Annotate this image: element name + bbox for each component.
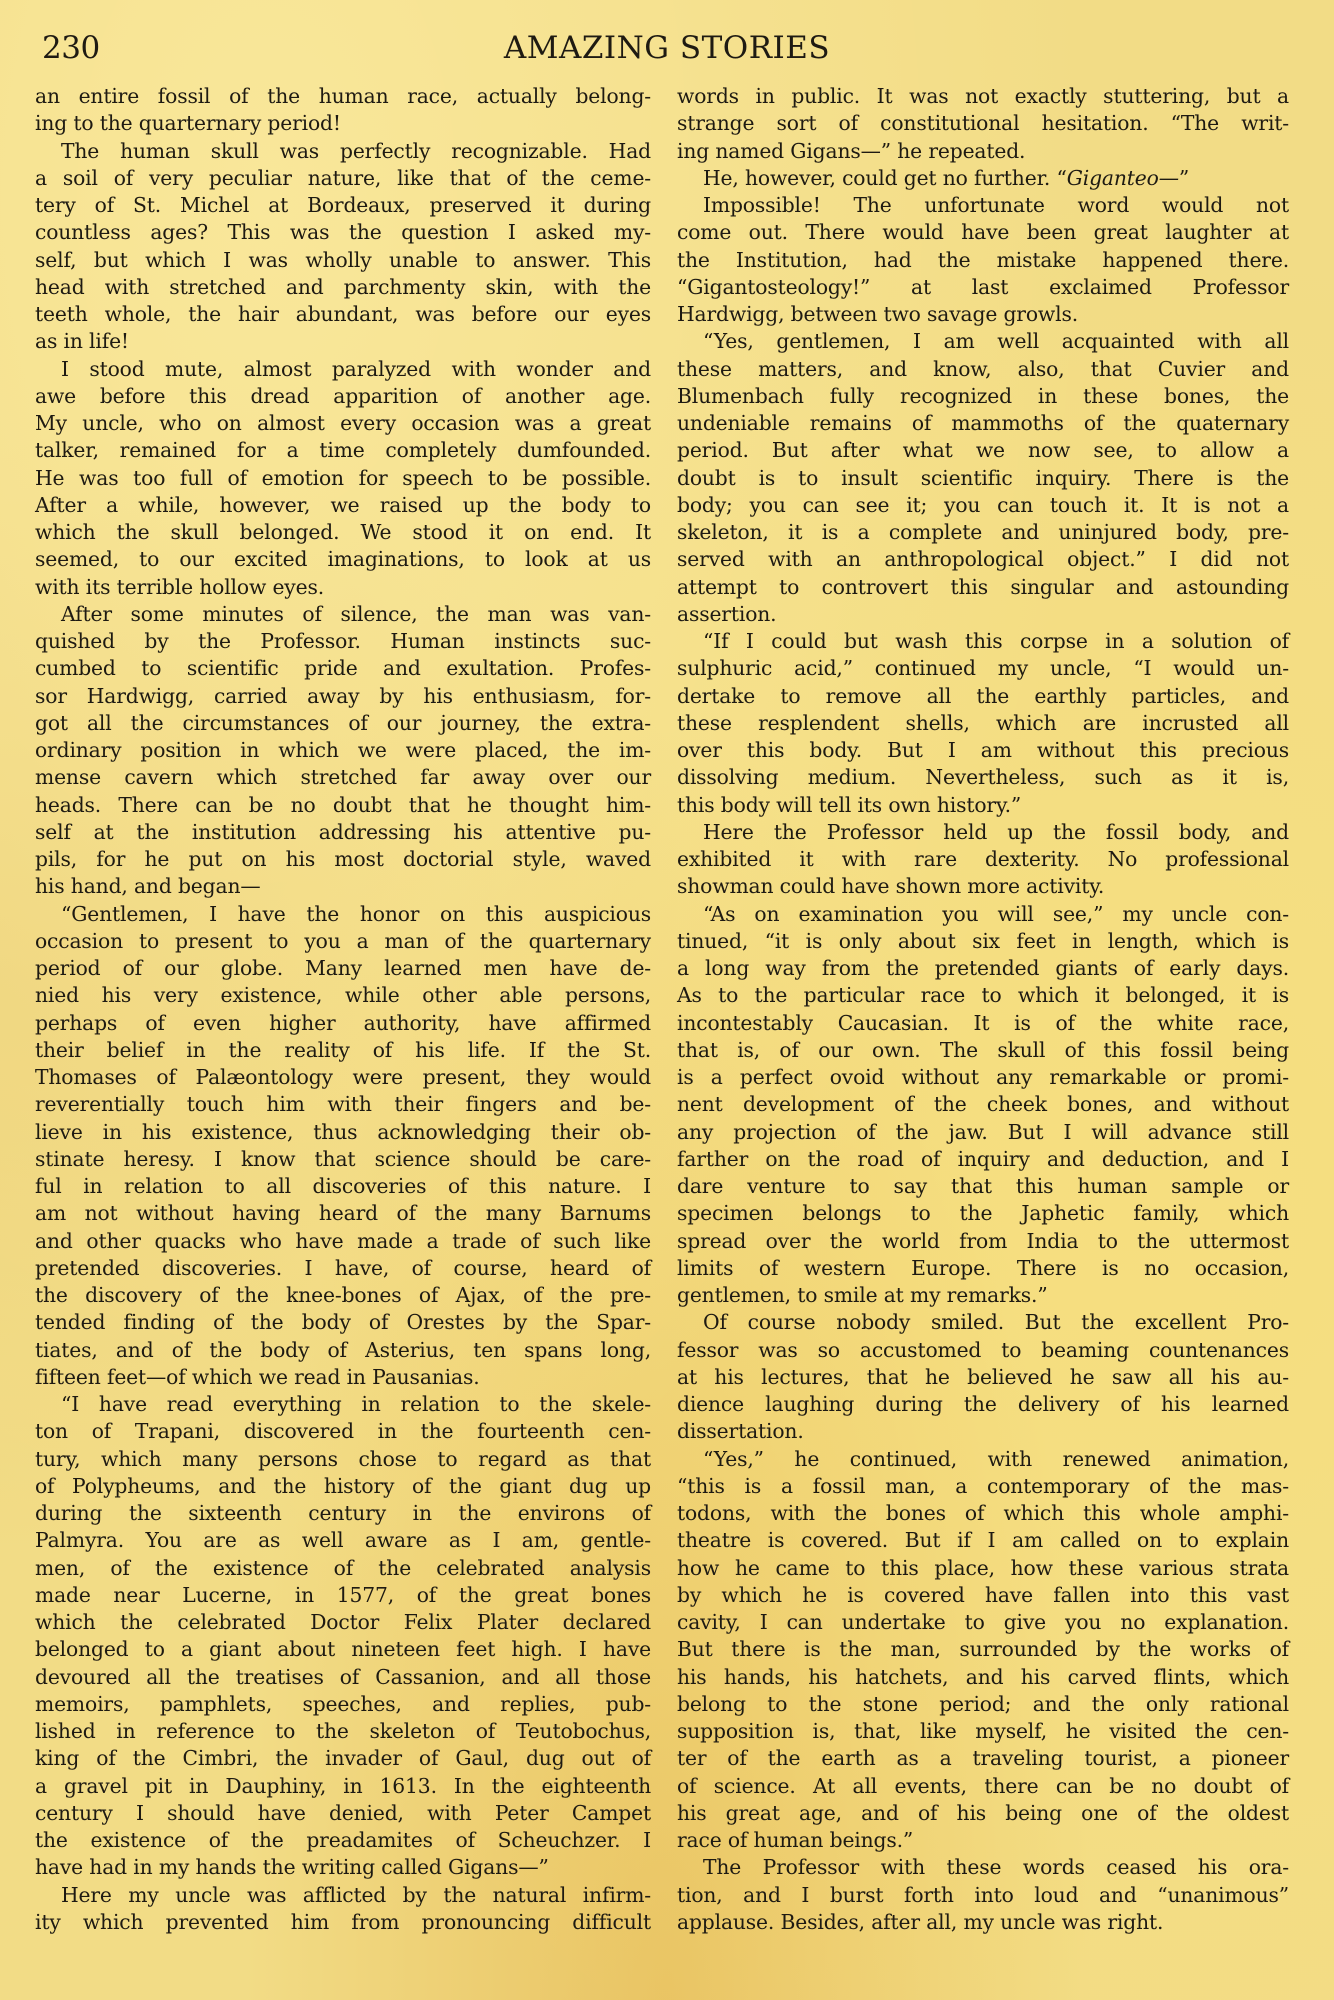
text-line: lieve in his existence, thus acknowledgi… xyxy=(35,1119,651,1146)
text-line: ful in relation to all discoveries of th… xyxy=(35,1173,651,1200)
text-line: century I should have denied, with Peter… xyxy=(35,1800,651,1827)
text-line: belonged to a giant about nineteen feet … xyxy=(35,1636,651,1663)
text-line: by which he is covered have fallen into … xyxy=(677,1582,1289,1609)
text-line: cavity, I can undertake to give you no e… xyxy=(677,1609,1289,1636)
text-line: these resplendent shells, which are incr… xyxy=(677,710,1289,737)
text-line: stinate heresy. I know that science shou… xyxy=(35,1146,651,1173)
text-line: ing to the quarternary period! xyxy=(35,110,651,137)
text-line: Here the Professor held up the fossil bo… xyxy=(677,819,1289,846)
text-line: a gravel pit in Dauphiny, in 1613. In th… xyxy=(35,1773,651,1800)
text-line: After a while, however, we raised up the… xyxy=(35,492,651,519)
text-line: farther on the road of inquiry and deduc… xyxy=(677,1146,1289,1173)
paragraph: Of course nobody smiled. But the excelle… xyxy=(677,1309,1289,1445)
text-line: with its terrible hollow eyes. xyxy=(35,574,651,601)
text-line: dissertation. xyxy=(677,1418,1289,1445)
text-line: occasion to present to you a man of the … xyxy=(35,928,651,955)
text-line: nent development of the cheek bones, and… xyxy=(677,1091,1289,1118)
text-line: have had in my hands the writing called … xyxy=(35,1854,651,1881)
text-line: gentlemen, to smile at my remarks.” xyxy=(677,1282,1289,1309)
paragraph: The human skull was perfectly recognizab… xyxy=(35,138,651,356)
text-line: words in public. It was not exactly stut… xyxy=(677,83,1289,110)
text-line: supposition is, that, like myself, he vi… xyxy=(677,1718,1289,1745)
text-line: the Institution, had the mistake happene… xyxy=(677,247,1289,274)
text-line: I stood mute, almost paralyzed with wond… xyxy=(35,356,651,383)
text-line: strange sort of constitutional hesitatio… xyxy=(677,110,1289,137)
text-line: nied his very existence, while other abl… xyxy=(35,982,651,1009)
text-line: at his lectures, that he believed he saw… xyxy=(677,1364,1289,1391)
text-line: skeleton, it is a complete and uninjured… xyxy=(677,519,1289,546)
text-line: his hand, and began— xyxy=(35,873,651,900)
text-line: ton of Trapani, discovered in the fourte… xyxy=(35,1418,651,1445)
text-line: assertion. xyxy=(677,601,1289,628)
paragraph: I stood mute, almost paralyzed with wond… xyxy=(35,356,651,601)
text-line: incontestably Caucasian. It is of the wh… xyxy=(677,1010,1289,1037)
text-line: self, but which I was wholly unable to a… xyxy=(35,247,651,274)
text-line: tury, which many persons chose to regard… xyxy=(35,1446,651,1473)
left-column: an entire fossil of the human race, actu… xyxy=(35,83,651,1936)
text-line: body; you can see it; you can touch it. … xyxy=(677,492,1289,519)
paragraph: “Yes, gentlemen, I am well acquainted wi… xyxy=(677,328,1289,628)
text-line: ity which prevented him from pronouncing… xyxy=(35,1909,651,1936)
text-line: ordinary position in which we were place… xyxy=(35,737,651,764)
text-line: spread over the world from India to the … xyxy=(677,1228,1289,1255)
paragraph: He, however, could get no further. “Giga… xyxy=(677,165,1289,192)
text-line: pils, for he put on his most doctorial s… xyxy=(35,846,651,873)
paragraph: The Professor with these words ceased hi… xyxy=(677,1854,1289,1936)
text-line: fessor was so accustomed to beaming coun… xyxy=(677,1337,1289,1364)
text-line: seemed, to our excited imaginations, to … xyxy=(35,546,651,573)
text-line: dissolving medium. Nevertheless, such as… xyxy=(677,764,1289,791)
text-line: come out. There would have been great la… xyxy=(677,219,1289,246)
paragraph: “Yes,” he continued, with renewed animat… xyxy=(677,1446,1289,1855)
text-line: reverentially touch him with their finge… xyxy=(35,1091,651,1118)
text-line: After some minutes of silence, the man w… xyxy=(35,601,651,628)
text-line: ter of the earth as a traveling tourist,… xyxy=(677,1745,1289,1772)
text-line: mense cavern which stretched far away ov… xyxy=(35,764,651,791)
text-line: his great age, and of his being one of t… xyxy=(677,1800,1289,1827)
text-line: doubt is to insult scientific inquiry. T… xyxy=(677,465,1289,492)
paragraph: Here the Professor held up the fossil bo… xyxy=(677,819,1289,901)
text-line: which the skull belonged. We stood it on… xyxy=(35,519,651,546)
text-line: The Professor with these words ceased hi… xyxy=(677,1854,1289,1881)
text-line: undeniable remains of mammoths of the qu… xyxy=(677,410,1289,437)
text-line: limits of western Europe. There is no oc… xyxy=(677,1255,1289,1282)
text-line: awe before this dread apparition of anot… xyxy=(35,383,651,410)
paragraph: Impossible! The unfortunate word would n… xyxy=(677,192,1289,328)
text-line: My uncle, who on almost every occasion w… xyxy=(35,410,651,437)
text-line: and other quacks who have made a trade o… xyxy=(35,1228,651,1255)
text-line: Thomases of Palæontology were present, t… xyxy=(35,1064,651,1091)
paragraph: Here my uncle was afflicted by the natur… xyxy=(35,1882,651,1937)
text-line: Of course nobody smiled. But the excelle… xyxy=(677,1309,1289,1336)
text-line: devoured all the treatises of Cassanion,… xyxy=(35,1664,651,1691)
paragraph: “I have read everything in relation to t… xyxy=(35,1391,651,1882)
text-line: “Yes, gentlemen, I am well acquainted wi… xyxy=(677,328,1289,355)
text-line: got all the circumstances of our journey… xyxy=(35,710,651,737)
text-line: dare venture to say that this human samp… xyxy=(677,1173,1289,1200)
text-line: attempt to controvert this singular and … xyxy=(677,574,1289,601)
text-line: the existence of the preadamites of Sche… xyxy=(35,1827,651,1854)
text-line: But there is the man, surrounded by the … xyxy=(677,1636,1289,1663)
text-line: countless ages? This was the question I … xyxy=(35,219,651,246)
text-line: The human skull was perfectly recognizab… xyxy=(35,138,651,165)
text-line: pretended discoveries. I have, of course… xyxy=(35,1255,651,1282)
text-line: head with stretched and parchmenty skin,… xyxy=(35,274,651,301)
paragraph: After some minutes of silence, the man w… xyxy=(35,601,651,901)
text-line: self at the institution addressing his a… xyxy=(35,819,651,846)
text-line: dertake to remove all the earthly partic… xyxy=(677,683,1289,710)
text-line: belong to the stone period; and the only… xyxy=(677,1691,1289,1718)
text-line: talker, remained for a time completely d… xyxy=(35,437,651,464)
text-line: over this body. But I am without this pr… xyxy=(677,737,1289,764)
text-line: his hands, his hatchets, and his carved … xyxy=(677,1664,1289,1691)
text-line: race of human beings.” xyxy=(677,1827,1289,1854)
text-line: any projection of the jaw. But I will ad… xyxy=(677,1119,1289,1146)
text-line: quished by the Professor. Human instinct… xyxy=(35,628,651,655)
text-line: He, however, could get no further. “Giga… xyxy=(677,165,1289,192)
text-line: “Yes,” he continued, with renewed animat… xyxy=(677,1446,1289,1473)
text-line: fifteen feet—of which we read in Pausani… xyxy=(35,1364,651,1391)
text-line: served with an anthropological object.” … xyxy=(677,546,1289,573)
text-line: todons, with the bones of which this who… xyxy=(677,1500,1289,1527)
text-line: “this is a fossil man, a contemporary of… xyxy=(677,1473,1289,1500)
text-line: Hardwigg, between two savage growls. xyxy=(677,301,1289,328)
text-line: period of our globe. Many learned men ha… xyxy=(35,955,651,982)
text-line: teeth whole, the hair abundant, was befo… xyxy=(35,301,651,328)
text-line: a soil of very peculiar nature, like tha… xyxy=(35,165,651,192)
text-line: cumbed to scientific pride and exultatio… xyxy=(35,655,651,682)
text-line: an entire fossil of the human race, actu… xyxy=(35,83,651,110)
text-line: as in life! xyxy=(35,328,651,355)
text-line: “As on examination you will see,” my unc… xyxy=(677,901,1289,928)
text-line: tiates, and of the body of Asterius, ten… xyxy=(35,1337,651,1364)
text-line: Blumenbach fully recognized in these bon… xyxy=(677,383,1289,410)
text-line: period. But after what we now see, to al… xyxy=(677,437,1289,464)
text-line: a long way from the pretended giants of … xyxy=(677,955,1289,982)
text-line: Impossible! The unfortunate word would n… xyxy=(677,192,1289,219)
text-line: “Gigantosteology!” at last exclaimed Pro… xyxy=(677,274,1289,301)
paragraph: “If I could but wash this corpse in a so… xyxy=(677,628,1289,819)
text-line: tion, and I burst forth into loud and “u… xyxy=(677,1882,1289,1909)
paragraph: “As on examination you will see,” my unc… xyxy=(677,901,1289,1310)
text-line: of Polypheums, and the history of the gi… xyxy=(35,1473,651,1500)
text-line: am not without having heard of the many … xyxy=(35,1200,651,1227)
text-line: which the celebrated Doctor Felix Plater… xyxy=(35,1609,651,1636)
right-column: words in public. It was not exactly stut… xyxy=(677,83,1289,1936)
text-line: tinued, “it is only about six feet in le… xyxy=(677,928,1289,955)
text-line: “Gentlemen, I have the honor on this aus… xyxy=(35,901,651,928)
paragraph: words in public. It was not exactly stut… xyxy=(677,83,1289,165)
text-line: this body will tell its own history.” xyxy=(677,792,1289,819)
text-line: specimen belongs to the Japhetic family,… xyxy=(677,1200,1289,1227)
text-line: perhaps of even higher authority, have a… xyxy=(35,1010,651,1037)
text-line: king of the Cimbri, the invader of Gaul,… xyxy=(35,1745,651,1772)
text-line: memoirs, pamphlets, speeches, and replie… xyxy=(35,1691,651,1718)
paragraph: an entire fossil of the human race, actu… xyxy=(35,83,651,138)
page-header: 230 AMAZING STORIES xyxy=(42,30,1292,74)
text-line: ing named Gigans—” he repeated. xyxy=(677,138,1289,165)
text-line: of science. At all events, there can be … xyxy=(677,1773,1289,1800)
text-line: men, of the existence of the celebrated … xyxy=(35,1555,651,1582)
text-line: the discovery of the knee-bones of Ajax,… xyxy=(35,1282,651,1309)
text-line: Here my uncle was afflicted by the natur… xyxy=(35,1882,651,1909)
text-line: their belief in the reality of his life.… xyxy=(35,1037,651,1064)
text-line: He was too full of emotion for speech to… xyxy=(35,465,651,492)
text-line: heads. There can be no doubt that he tho… xyxy=(35,792,651,819)
text-line: exhibited it with rare dexterity. No pro… xyxy=(677,846,1289,873)
text-line: these matters, and know, also, that Cuvi… xyxy=(677,356,1289,383)
text-line: sor Hardwigg, carried away by his enthus… xyxy=(35,683,651,710)
text-line: tery of St. Michel at Bordeaux, preserve… xyxy=(35,192,651,219)
text-line: applause. Besides, after all, my uncle w… xyxy=(677,1909,1289,1936)
text-line: showman could have shown more activity. xyxy=(677,873,1289,900)
text-line: Palmyra. You are as well aware as I am, … xyxy=(35,1527,651,1554)
text-line: how he came to this place, how these var… xyxy=(677,1555,1289,1582)
text-line: is a perfect ovoid without any remarkabl… xyxy=(677,1064,1289,1091)
running-title: AMAZING STORIES xyxy=(42,30,1292,66)
text-line: during the sixteenth century in the envi… xyxy=(35,1500,651,1527)
text-line: made near Lucerne, in 1577, of the great… xyxy=(35,1582,651,1609)
text-line: tended finding of the body of Orestes by… xyxy=(35,1309,651,1336)
paragraph: “Gentlemen, I have the honor on this aus… xyxy=(35,901,651,1392)
text-line: As to the particular race to which it be… xyxy=(677,982,1289,1009)
text-line: “If I could but wash this corpse in a so… xyxy=(677,628,1289,655)
text-line: dience laughing during the delivery of h… xyxy=(677,1391,1289,1418)
text-line: sulphuric acid,” continued my uncle, “I … xyxy=(677,655,1289,682)
text-line: “I have read everything in relation to t… xyxy=(35,1391,651,1418)
text-line: theatre is covered. But if I am called o… xyxy=(677,1527,1289,1554)
text-line: that is, of our own. The skull of this f… xyxy=(677,1037,1289,1064)
text-line: lished in reference to the skeleton of T… xyxy=(35,1718,651,1745)
